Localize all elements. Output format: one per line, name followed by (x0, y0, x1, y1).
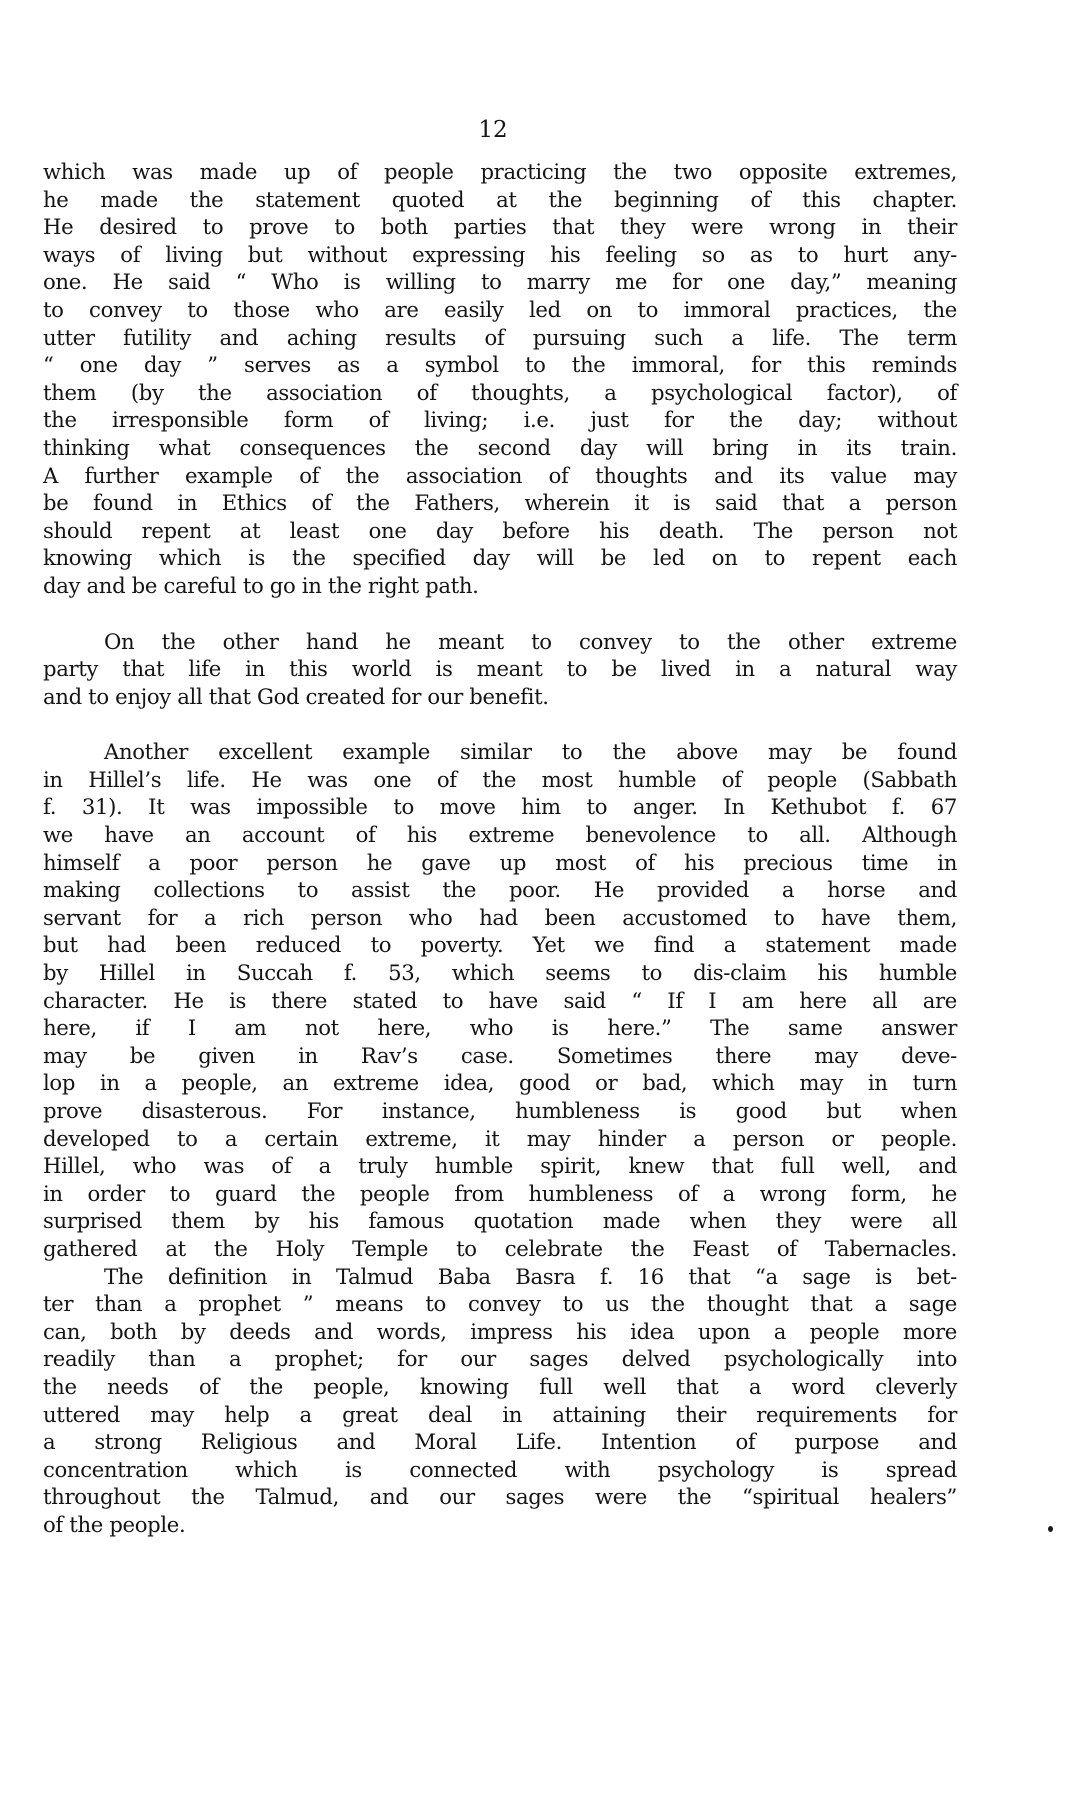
text-line: lop in a people, an extreme idea, good o… (43, 1069, 957, 1097)
text-line: throughout the Talmud, and our sages wer… (43, 1483, 957, 1511)
text-line: one. He said “ Who is willing to marry m… (43, 268, 957, 296)
paragraph-3: Another excellent example similar to the… (43, 738, 957, 1262)
text-line: thinking what consequences the second da… (43, 434, 957, 462)
text-line: “ one day ” serves as a symbol to the im… (43, 351, 957, 379)
text-line: prove disasterous. For instance, humblen… (43, 1097, 957, 1125)
text-line: in order to guard the people from humble… (43, 1180, 957, 1208)
text-line: utter futility and aching results of pur… (43, 324, 957, 352)
text-line: himself a poor person he gave up most of… (43, 849, 957, 877)
text-line: the needs of the people, knowing full we… (43, 1373, 957, 1401)
text-line: a strong Religious and Moral Life. Inten… (43, 1428, 957, 1456)
text-line: by Hillel in Succah f. 53, which seems t… (43, 959, 957, 987)
text-line: here, if I am not here, who is here.” Th… (43, 1014, 957, 1042)
text-line: Hillel, who was of a truly humble spirit… (43, 1152, 957, 1180)
text-line: gathered at the Holy Temple to celebrate… (43, 1235, 957, 1263)
text-line: ways of living but without expressing hi… (43, 241, 957, 269)
text-line: A further example of the association of … (43, 462, 957, 490)
text-line: of the people. (43, 1511, 957, 1539)
text-line: party that life in this world is meant t… (43, 655, 957, 683)
text-line: developed to a certain extreme, it may h… (43, 1125, 957, 1153)
text-line: and to enjoy all that God created for ou… (43, 683, 957, 711)
page-number: 12 (0, 116, 986, 144)
text-line: servant for a rich person who had been a… (43, 904, 957, 932)
paragraph-gap (43, 600, 957, 628)
text-line: The definition in Talmud Baba Basra f. 1… (43, 1263, 957, 1291)
text-line: readily than a prophet; for our sages de… (43, 1345, 957, 1373)
paragraph-2: On the other hand he meant to convey to … (43, 628, 957, 711)
text-line: but had been reduced to poverty. Yet we … (43, 931, 957, 959)
text-line: f. 31). It was impossible to move him to… (43, 793, 957, 821)
text-line: should repent at least one day before hi… (43, 517, 957, 545)
text-line: the irresponsible form of living; i.e. j… (43, 406, 957, 434)
paragraph-1: which was made up of people practicing t… (43, 158, 957, 600)
text-line: concentration which is connected with ps… (43, 1456, 957, 1484)
text-line: which was made up of people practicing t… (43, 158, 957, 186)
body-text: which was made up of people practicing t… (43, 158, 957, 1539)
text-line: be found in Ethics of the Fathers, where… (43, 489, 957, 517)
paragraph-4: The definition in Talmud Baba Basra f. 1… (43, 1263, 957, 1539)
text-line: to convey to those who are easily led on… (43, 296, 957, 324)
text-line: On the other hand he meant to convey to … (43, 628, 957, 656)
text-line: He desired to prove to both parties that… (43, 213, 957, 241)
text-line: Another excellent example similar to the… (43, 738, 957, 766)
text-line: ter than a prophet ” means to convey to … (43, 1290, 957, 1318)
text-line: can, both by deeds and words, impress hi… (43, 1318, 957, 1346)
text-line: character. He is there stated to have sa… (43, 987, 957, 1015)
scan-speck (1048, 1526, 1053, 1532)
text-line: knowing which is the specified day will … (43, 544, 957, 572)
text-line: may be given in Rav’s case. Sometimes th… (43, 1042, 957, 1070)
text-line: in Hillel’s life. He was one of the most… (43, 766, 957, 794)
text-line: making collections to assist the poor. H… (43, 876, 957, 904)
text-line: day and be careful to go in the right pa… (43, 572, 957, 600)
text-line: them (by the association of thoughts, a … (43, 379, 957, 407)
paragraph-gap (43, 710, 957, 738)
text-line: uttered may help a great deal in attaini… (43, 1401, 957, 1429)
text-line: we have an account of his extreme benevo… (43, 821, 957, 849)
text-line: surprised them by his famous quotation m… (43, 1207, 957, 1235)
text-line: he made the statement quoted at the begi… (43, 186, 957, 214)
